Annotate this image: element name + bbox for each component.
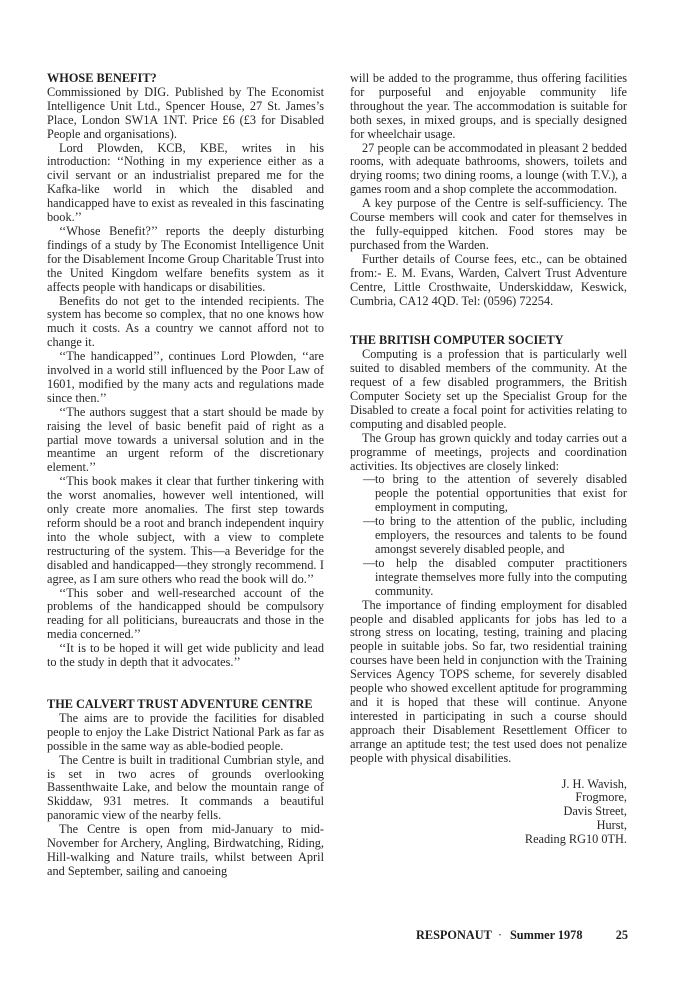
right-column: will be added to the programme, thus off… <box>350 72 627 847</box>
article-heading: WHOSE BENEFIT? <box>47 72 324 86</box>
article-heading: THE CALVERT TRUST ADVENTURE CENTRE <box>47 698 324 712</box>
paragraph: ‘‘The handicapped’’, continues Lord Plow… <box>47 350 324 406</box>
article-british-computer-society: THE BRITISH COMPUTER SOCIETY Computing i… <box>350 334 627 847</box>
paragraph: ‘‘It is to be hoped it will get wide pub… <box>47 642 324 670</box>
paragraph: ‘‘Whose Benefit?’’ reports the deeply di… <box>47 225 324 295</box>
section-spacer <box>47 670 324 698</box>
left-column: WHOSE BENEFIT? Commissioned by DIG. Publ… <box>47 72 324 879</box>
article-calvert-trust-continued: will be added to the programme, thus off… <box>350 72 627 308</box>
list-item: — to bring to the attention of severely … <box>350 473 627 515</box>
footer-separator: · <box>498 928 502 943</box>
paragraph: The aims are to provide the facilities f… <box>47 712 324 754</box>
paragraph: A key purpose of the Centre is self-suff… <box>350 197 627 253</box>
signature-line: Hurst, <box>350 819 627 833</box>
paragraph: The Centre is open from mid-January to m… <box>47 823 324 879</box>
paragraph: ‘‘This book makes it clear that further … <box>47 475 324 586</box>
list-item: — to bring to the attention of the publi… <box>350 515 627 557</box>
list-item-text: to bring to the attention of the public,… <box>375 514 627 556</box>
paragraph: Commissioned by DIG. Published by The Ec… <box>47 86 324 142</box>
paragraph: The Centre is built in traditional Cumbr… <box>47 754 324 824</box>
section-spacer <box>350 308 627 334</box>
paragraph: ‘‘This sober and well-researched account… <box>47 587 324 643</box>
dash-bullet-icon: — <box>363 515 375 529</box>
list-item-text: to bring to the attention of severely di… <box>375 472 627 514</box>
list-item: — to help the disabled computer practiti… <box>350 557 627 599</box>
signature-line: Davis Street, <box>350 805 627 819</box>
signature-line: Frogmore, <box>350 791 627 805</box>
paragraph: ‘‘The authors suggest that a start shoul… <box>47 406 324 476</box>
page-number: 25 <box>616 928 628 943</box>
issue-date: Summer 1978 <box>510 928 583 943</box>
objectives-list: — to bring to the attention of severely … <box>350 473 627 598</box>
publication-name: RESPONAUT <box>416 928 492 943</box>
page-footer: RESPONAUT · Summer 1978 25 <box>416 928 628 943</box>
paragraph: will be added to the programme, thus off… <box>350 72 627 142</box>
signature-line: Reading RG10 0TH. <box>350 833 627 847</box>
paragraph: Computing is a profession that is partic… <box>350 348 627 431</box>
paragraph: Lord Plowden, KCB, KBE, writes in his in… <box>47 142 324 225</box>
paragraph: 27 people can be accommodated in pleasan… <box>350 142 627 198</box>
dash-bullet-icon: — <box>363 473 375 487</box>
article-calvert-trust: THE CALVERT TRUST ADVENTURE CENTRE The a… <box>47 698 324 879</box>
signature-line: J. H. Wavish, <box>350 778 627 792</box>
list-item-text: to help the disabled computer practition… <box>375 556 627 598</box>
paragraph: The Group has grown quickly and today ca… <box>350 432 627 474</box>
author-signature: J. H. Wavish, Frogmore, Davis Street, Hu… <box>350 778 627 848</box>
dash-bullet-icon: — <box>363 557 375 571</box>
paragraph: The importance of finding employment for… <box>350 599 627 766</box>
paragraph: Benefits do not get to the intended reci… <box>47 295 324 351</box>
article-whose-benefit: WHOSE BENEFIT? Commissioned by DIG. Publ… <box>47 72 324 670</box>
article-heading: THE BRITISH COMPUTER SOCIETY <box>350 334 627 348</box>
paragraph: Further details of Course fees, etc., ca… <box>350 253 627 309</box>
